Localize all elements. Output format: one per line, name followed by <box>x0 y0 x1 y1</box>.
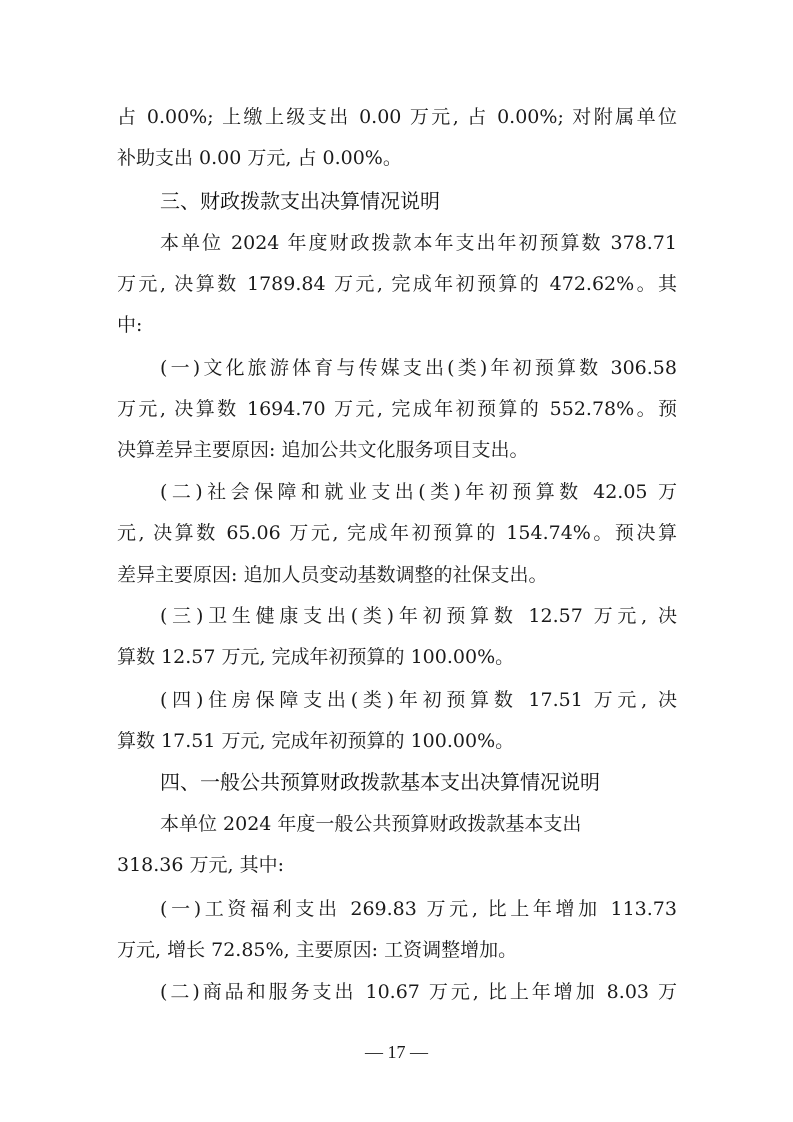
paragraph-line: (四)住房保障支出(类)年初预算数 17.51 万元, 决 <box>160 685 677 715</box>
paragraph-line: 元, 决算数 65.06 万元, 完成年初预算的 154.74%。预决算 <box>117 518 677 548</box>
paragraph-line: 万元, 增长 72.85%, 主要原因: 工资调整增加。 <box>117 935 677 965</box>
paragraph-line: 本单位 2024 年度财政拨款本年支出年初预算数 378.71 <box>160 228 677 258</box>
paragraph-line: 算数 17.51 万元, 完成年初预算的 100.00%。 <box>117 726 677 756</box>
paragraph-line: 本单位 2024 年度一般公共预算财政拨款基本支出 <box>160 809 677 839</box>
page-number: — 17 — <box>0 1038 793 1066</box>
paragraph-line: 算数 12.57 万元, 完成年初预算的 100.00%。 <box>117 642 677 672</box>
paragraph-line: (三)卫生健康支出(类)年初预算数 12.57 万元, 决 <box>160 601 677 631</box>
paragraph-line: (一)工资福利支出 269.83 万元, 比上年增加 113.73 <box>160 894 677 924</box>
paragraph-line: 补助支出 0.00 万元, 占 0.00%。 <box>117 143 677 173</box>
paragraph-line: 决算差异主要原因: 追加公共文化服务项目支出。 <box>117 435 677 465</box>
paragraph-line: (二)商品和服务支出 10.67 万元, 比上年增加 8.03 万 <box>160 977 677 1007</box>
section-heading: 四、一般公共预算财政拨款基本支出决算情况说明 <box>160 767 677 797</box>
paragraph-line: 差异主要原因: 追加人员变动基数调整的社保支出。 <box>117 560 677 590</box>
section-heading: 三、财政拨款支出决算情况说明 <box>160 186 677 216</box>
document-page: 占 0.00%; 上缴上级支出 0.00 万元, 占 0.00%; 对附属单位补… <box>0 0 793 1122</box>
paragraph-line: 占 0.00%; 上缴上级支出 0.00 万元, 占 0.00%; 对附属单位 <box>117 102 677 132</box>
paragraph-line: (二)社会保障和就业支出(类)年初预算数 42.05 万 <box>160 477 677 507</box>
paragraph-line: 万元, 决算数 1789.84 万元, 完成年初预算的 472.62%。其 <box>117 269 677 299</box>
paragraph-line: 318.36 万元, 其中: <box>117 850 677 880</box>
paragraph-line: 万元, 决算数 1694.70 万元, 完成年初预算的 552.78%。预 <box>117 394 677 424</box>
paragraph-line: (一)文化旅游体育与传媒支出(类)年初预算数 306.58 <box>160 353 677 383</box>
paragraph-line: 中: <box>117 310 677 340</box>
